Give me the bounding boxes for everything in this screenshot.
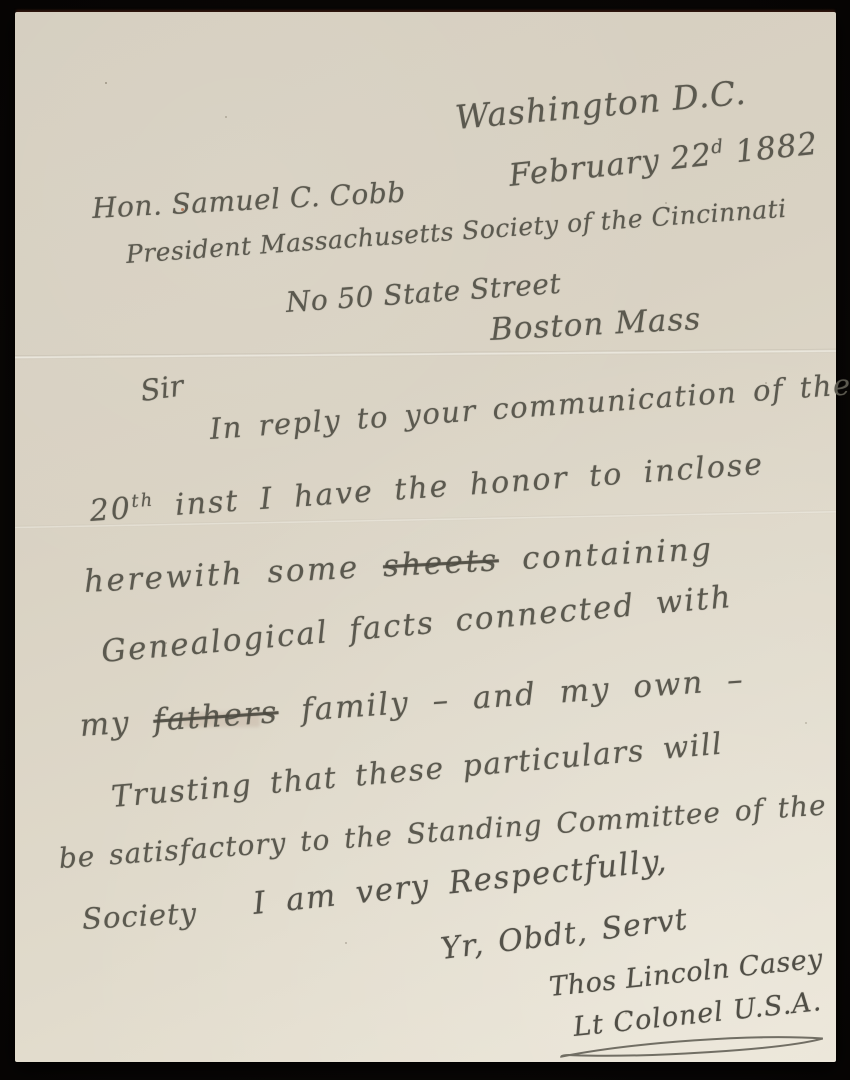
letter-photograph: Washington D.C. February 22d 1882 Hon. S… [0,0,850,1080]
body-line-2-ordinal: th [131,490,155,513]
letter-paper: Washington D.C. February 22d 1882 Hon. S… [15,12,836,1062]
body-line-2: 20th inst I have the honor to inclose [89,447,766,529]
recipient-name: Hon. Samuel C. Cobb [91,176,406,225]
heading-date: February 22d 1882 [507,126,820,194]
body-line-5-post: family – and my own – [277,662,746,731]
body-line-3-strikethrough-word: sheets [382,542,500,584]
signature-flourish [555,1034,835,1060]
heading-place: Washington D.C. [454,73,748,137]
body-line-5: my fathers family – and my own – [78,662,745,744]
body-line-1: In reply to your communication of the [209,367,850,446]
body-line-8: Society [81,896,198,936]
body-line-3-post: containing [498,531,714,578]
salutation: Sir [138,368,185,408]
closing-line-2: Yr, Obdt, Servt [439,902,690,967]
heading-date-main: February 22 [507,137,714,194]
recipient-city: Boston Mass [489,301,702,348]
body-line-2-rest: inst I have the honor to inclose [153,447,765,525]
body-line-5-pre: my [78,703,154,744]
body-line-2-num: 20 [89,491,134,529]
paper-specks [105,82,107,84]
heading-date-year: 1882 [723,126,820,172]
fold-crease-upper [15,349,836,359]
body-line-5-strikethrough-word: fathers [152,694,280,739]
body-line-3-pre: herewith some [83,548,384,600]
